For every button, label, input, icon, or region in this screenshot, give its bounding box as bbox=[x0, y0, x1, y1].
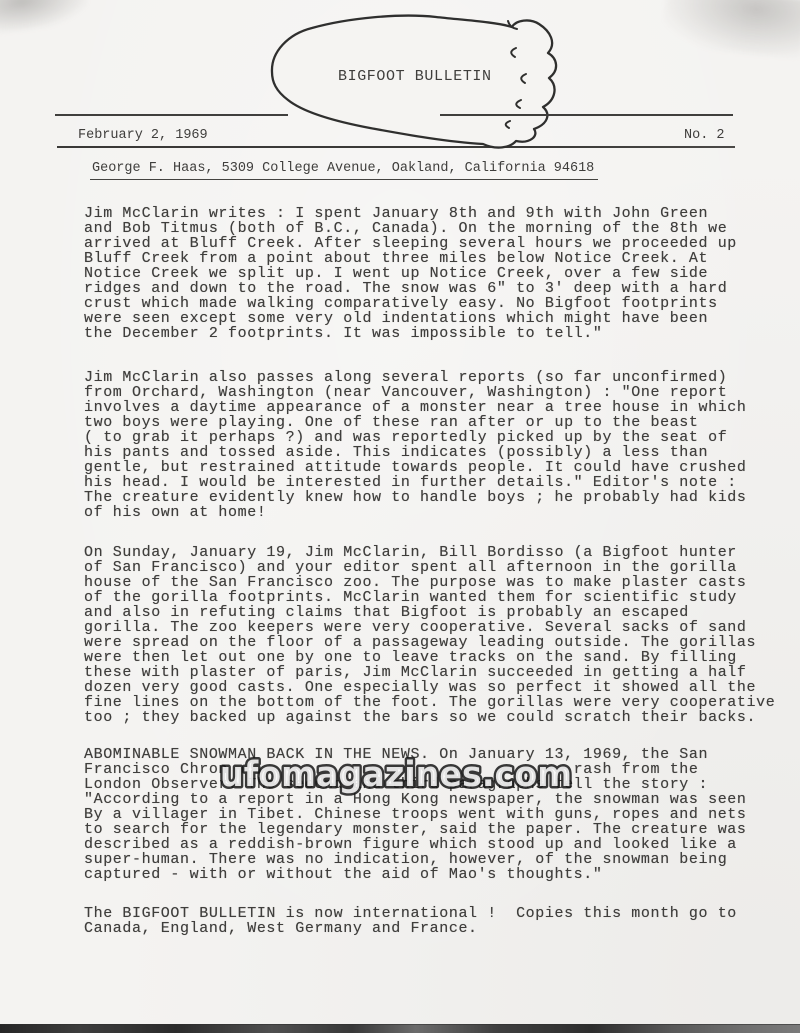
watermark-text: ufomagazines.com bbox=[220, 755, 572, 795]
issue-date: February 2, 1969 bbox=[78, 128, 208, 143]
paragraph-mcclarin-bluff-creek: Jim McClarin writes : I spent January 8t… bbox=[84, 206, 784, 341]
scan-smudge-top-right bbox=[661, 0, 800, 59]
header-rule-top-left-segment bbox=[55, 114, 288, 116]
masthead-title: BIGFOOT BULLETIN bbox=[338, 68, 492, 85]
newsletter-scan-page: BIGFOOT BULLETIN February 2, 1969 No. 2 … bbox=[0, 0, 800, 1033]
paragraph-bulletin-international: The BIGFOOT BULLETIN is now internationa… bbox=[84, 906, 784, 936]
watermark: ufomagazines.com bbox=[214, 750, 580, 800]
paragraph-gorilla-plaster-casts: On Sunday, January 19, Jim McClarin, Bil… bbox=[84, 545, 784, 725]
paragraph-orchard-washington-reports: Jim McClarin also passes along several r… bbox=[84, 370, 784, 520]
publisher-address: George F. Haas, 5309 College Avenue, Oak… bbox=[90, 161, 598, 180]
scan-edge-bar bbox=[0, 1024, 800, 1033]
issue-number: No. 2 bbox=[684, 128, 725, 143]
publisher-line-row: George F. Haas, 5309 College Avenue, Oak… bbox=[96, 161, 598, 180]
footprint-logo: BIGFOOT BULLETIN bbox=[258, 8, 570, 150]
scan-smudge-top-left bbox=[0, 0, 90, 35]
header-rule-top-right-segment bbox=[440, 114, 733, 116]
